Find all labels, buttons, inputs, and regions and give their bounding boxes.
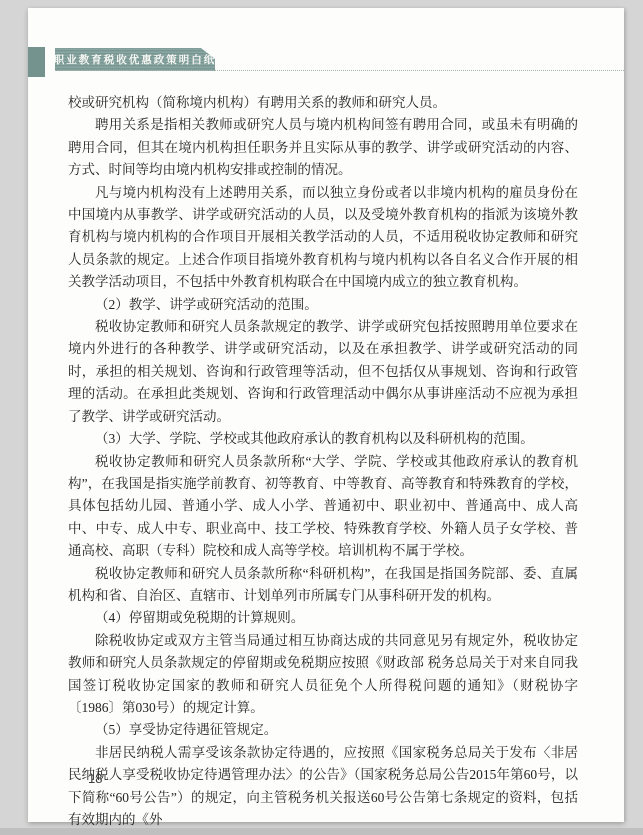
body-paragraph: 聘用关系是指相关教师或研究人员与境内机构间签有聘用合同，或虽未有明确的聘用合同，… [68,114,578,181]
body-paragraph: 税收协定教师和研究人员条款规定的教学、讲学或研究包括按照聘用单位要求在境内外进行… [68,316,578,428]
body-paragraph: 税收协定教师和研究人员条款所称“科研机构”，在我国是指国务院部、委、直属机构和省… [68,563,578,608]
body-paragraph: 税收协定教师和研究人员条款所称“大学、学院、学校或其他政府承认的教育机构”，在我… [68,451,578,563]
page-body: 校或研究机构（简称境内机构）有聘用关系的教师和研究人员。聘用关系是指相关教师或研… [68,92,578,831]
body-paragraph: 除税收协定或双方主管当局通过相互协商达成的共同意见另有规定外，税收协定教师和研究… [68,630,578,720]
body-paragraph: （3）大学、学院、学校或其他政府承认的教育机构以及科研机构的范围。 [68,428,578,450]
body-paragraph: （5）享受协定待遇征管规定。 [68,719,578,741]
body-paragraph: 凡与境内机构没有上述聘用关系，而以独立身份或者以非境内机构的雇员身份在中国境内从… [68,182,578,294]
header-accent-square [28,47,45,77]
header-ribbon: 职业教育税收优惠政策明白纸 [55,48,215,71]
body-paragraph: 校或研究机构（简称境内机构）有聘用关系的教师和研究人员。 [68,92,578,114]
body-paragraph: （2）教学、讲学或研究活动的范围。 [68,294,578,316]
body-paragraph: 非居民纳税人需享受该条款协定待遇的，应按照《国家税务总局关于发布〈非居民纳税人享… [68,742,578,832]
document-page: 职业教育税收优惠政策明白纸 校或研究机构（简称境内机构）有聘用关系的教师和研究人… [28,8,624,822]
scan-background: 职业教育税收优惠政策明白纸 校或研究机构（简称境内机构）有聘用关系的教师和研究人… [0,0,643,835]
page-number: 18 [88,771,102,786]
header-title: 职业教育税收优惠政策明白纸 [54,52,217,67]
body-paragraph: （4）停留期或免税期的计算规则。 [68,607,578,629]
scanner-edge-strip [0,828,643,835]
header-dotted-line [55,70,624,71]
